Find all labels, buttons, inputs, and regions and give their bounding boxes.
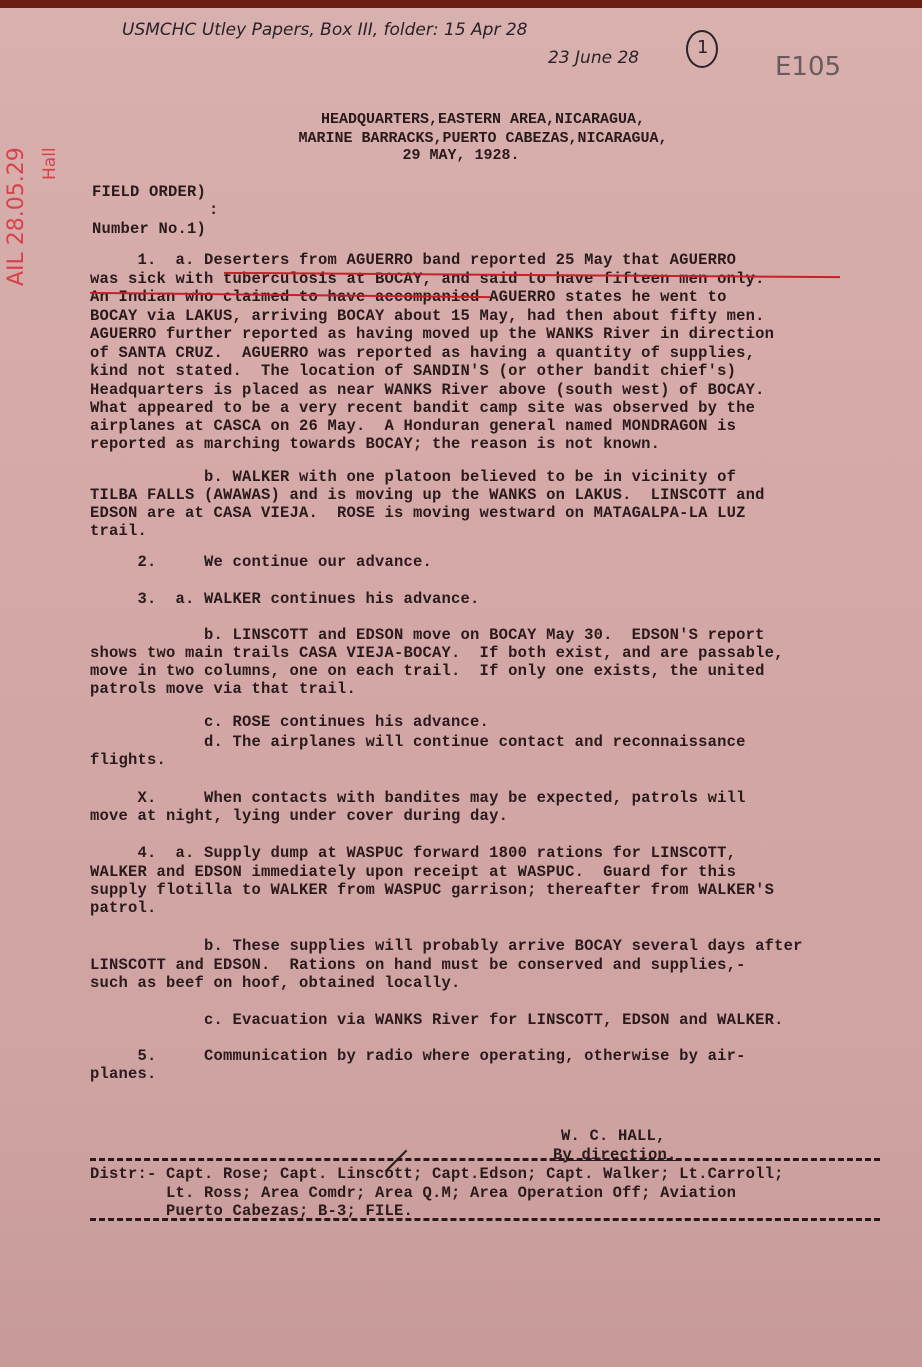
body-line: move at night, lying under cover during … (90, 807, 508, 826)
distribution-line-2: Lt. Ross; Area Comdr; Area Q.M; Area Ope… (90, 1184, 736, 1203)
body-line: 2. We continue our advance. (90, 553, 432, 572)
archive-reference-note: USMCHC Utley Papers, Box III, folder: 15… (122, 20, 528, 40)
body-line: b. These supplies will probably arrive B… (90, 937, 803, 956)
body-line: reported as marching towards BOCAY; the … (90, 435, 660, 454)
body-line: 4. a. Supply dump at WASPUC forward 1800… (90, 844, 736, 863)
body-line: What appeared to be a very recent bandit… (90, 399, 755, 418)
body-line: airplanes at CASCA on 26 May. A Honduran… (90, 417, 736, 436)
distribution-top-rule (90, 1158, 880, 1161)
header-date: 29 MAY, 1928. (0, 146, 922, 165)
body-line: kind not stated. The location of SANDIN'… (90, 362, 736, 381)
archive-date-note: 23 June 28 (548, 48, 639, 68)
signature-name: W. C. HALL, (561, 1127, 666, 1146)
body-line: c. Evacuation via WANKS River for LINSCO… (90, 1011, 784, 1030)
body-line: TILBA FALLS (AWAWAS) and is moving up th… (90, 486, 765, 505)
circled-page-number: 1 (686, 30, 718, 68)
body-line: such as beef on hoof, obtained locally. (90, 974, 461, 993)
body-line: move in two columns, one on each trail. … (90, 662, 765, 681)
body-line: Headquarters is placed as near WANKS Riv… (90, 381, 765, 400)
body-line: LINSCOTT and EDSON. Rations on hand must… (90, 956, 746, 975)
field-order-number: Number No.1) (92, 220, 206, 239)
header-line-1: HEADQUARTERS,EASTERN AREA,NICARAGUA, (22, 110, 922, 129)
catalog-number-note: E105 (775, 52, 841, 82)
field-order-colon: : (209, 201, 219, 220)
body-line: of SANTA CRUZ. AGUERRO was reported as h… (90, 344, 755, 363)
body-line: BOCAY via LAKUS, arriving BOCAY about 15… (90, 307, 765, 326)
body-line: planes. (90, 1065, 157, 1084)
body-line: patrols move via that trail. (90, 680, 356, 699)
body-line: b. LINSCOTT and EDSON move on BOCAY May … (90, 626, 765, 645)
body-line: 3. a. WALKER continues his advance. (90, 590, 480, 609)
body-line: patrol. (90, 899, 157, 918)
body-line: EDSON are at CASA VIEJA. ROSE is moving … (90, 504, 746, 523)
body-line: shows two main trails CASA VIEJA-BOCAY. … (90, 644, 784, 663)
body-line: X. When contacts with bandites may be ex… (90, 789, 746, 808)
distribution-bottom-rule (90, 1218, 880, 1221)
distribution-line-1: Distr:- Capt. Rose; Capt. Linscott; Capt… (90, 1165, 784, 1184)
body-line: WALKER and EDSON immediately upon receip… (90, 863, 736, 882)
body-line: c. ROSE continues his advance. (90, 713, 489, 732)
body-line: AGUERRO further reported as having moved… (90, 325, 774, 344)
margin-red-date-note: AIL 28.05.29 (4, 147, 29, 286)
signature-title: By direction. (553, 1146, 677, 1165)
field-order-label: FIELD ORDER) (92, 183, 206, 202)
body-line: An Indian who claimed to have accompanie… (90, 288, 727, 307)
body-line: b. WALKER with one platoon believed to b… (90, 468, 736, 487)
body-line: trail. (90, 522, 147, 541)
body-line: 5. Communication by radio where operatin… (90, 1047, 746, 1066)
body-line: supply flotilla to WALKER from WASPUC ga… (90, 881, 774, 900)
body-line: flights. (90, 751, 166, 770)
document-page: USMCHC Utley Papers, Box III, folder: 15… (0, 8, 922, 1367)
body-line: d. The airplanes will continue contact a… (90, 733, 746, 752)
body-line: 1. a. Deserters from AGUERRO band report… (90, 251, 736, 270)
